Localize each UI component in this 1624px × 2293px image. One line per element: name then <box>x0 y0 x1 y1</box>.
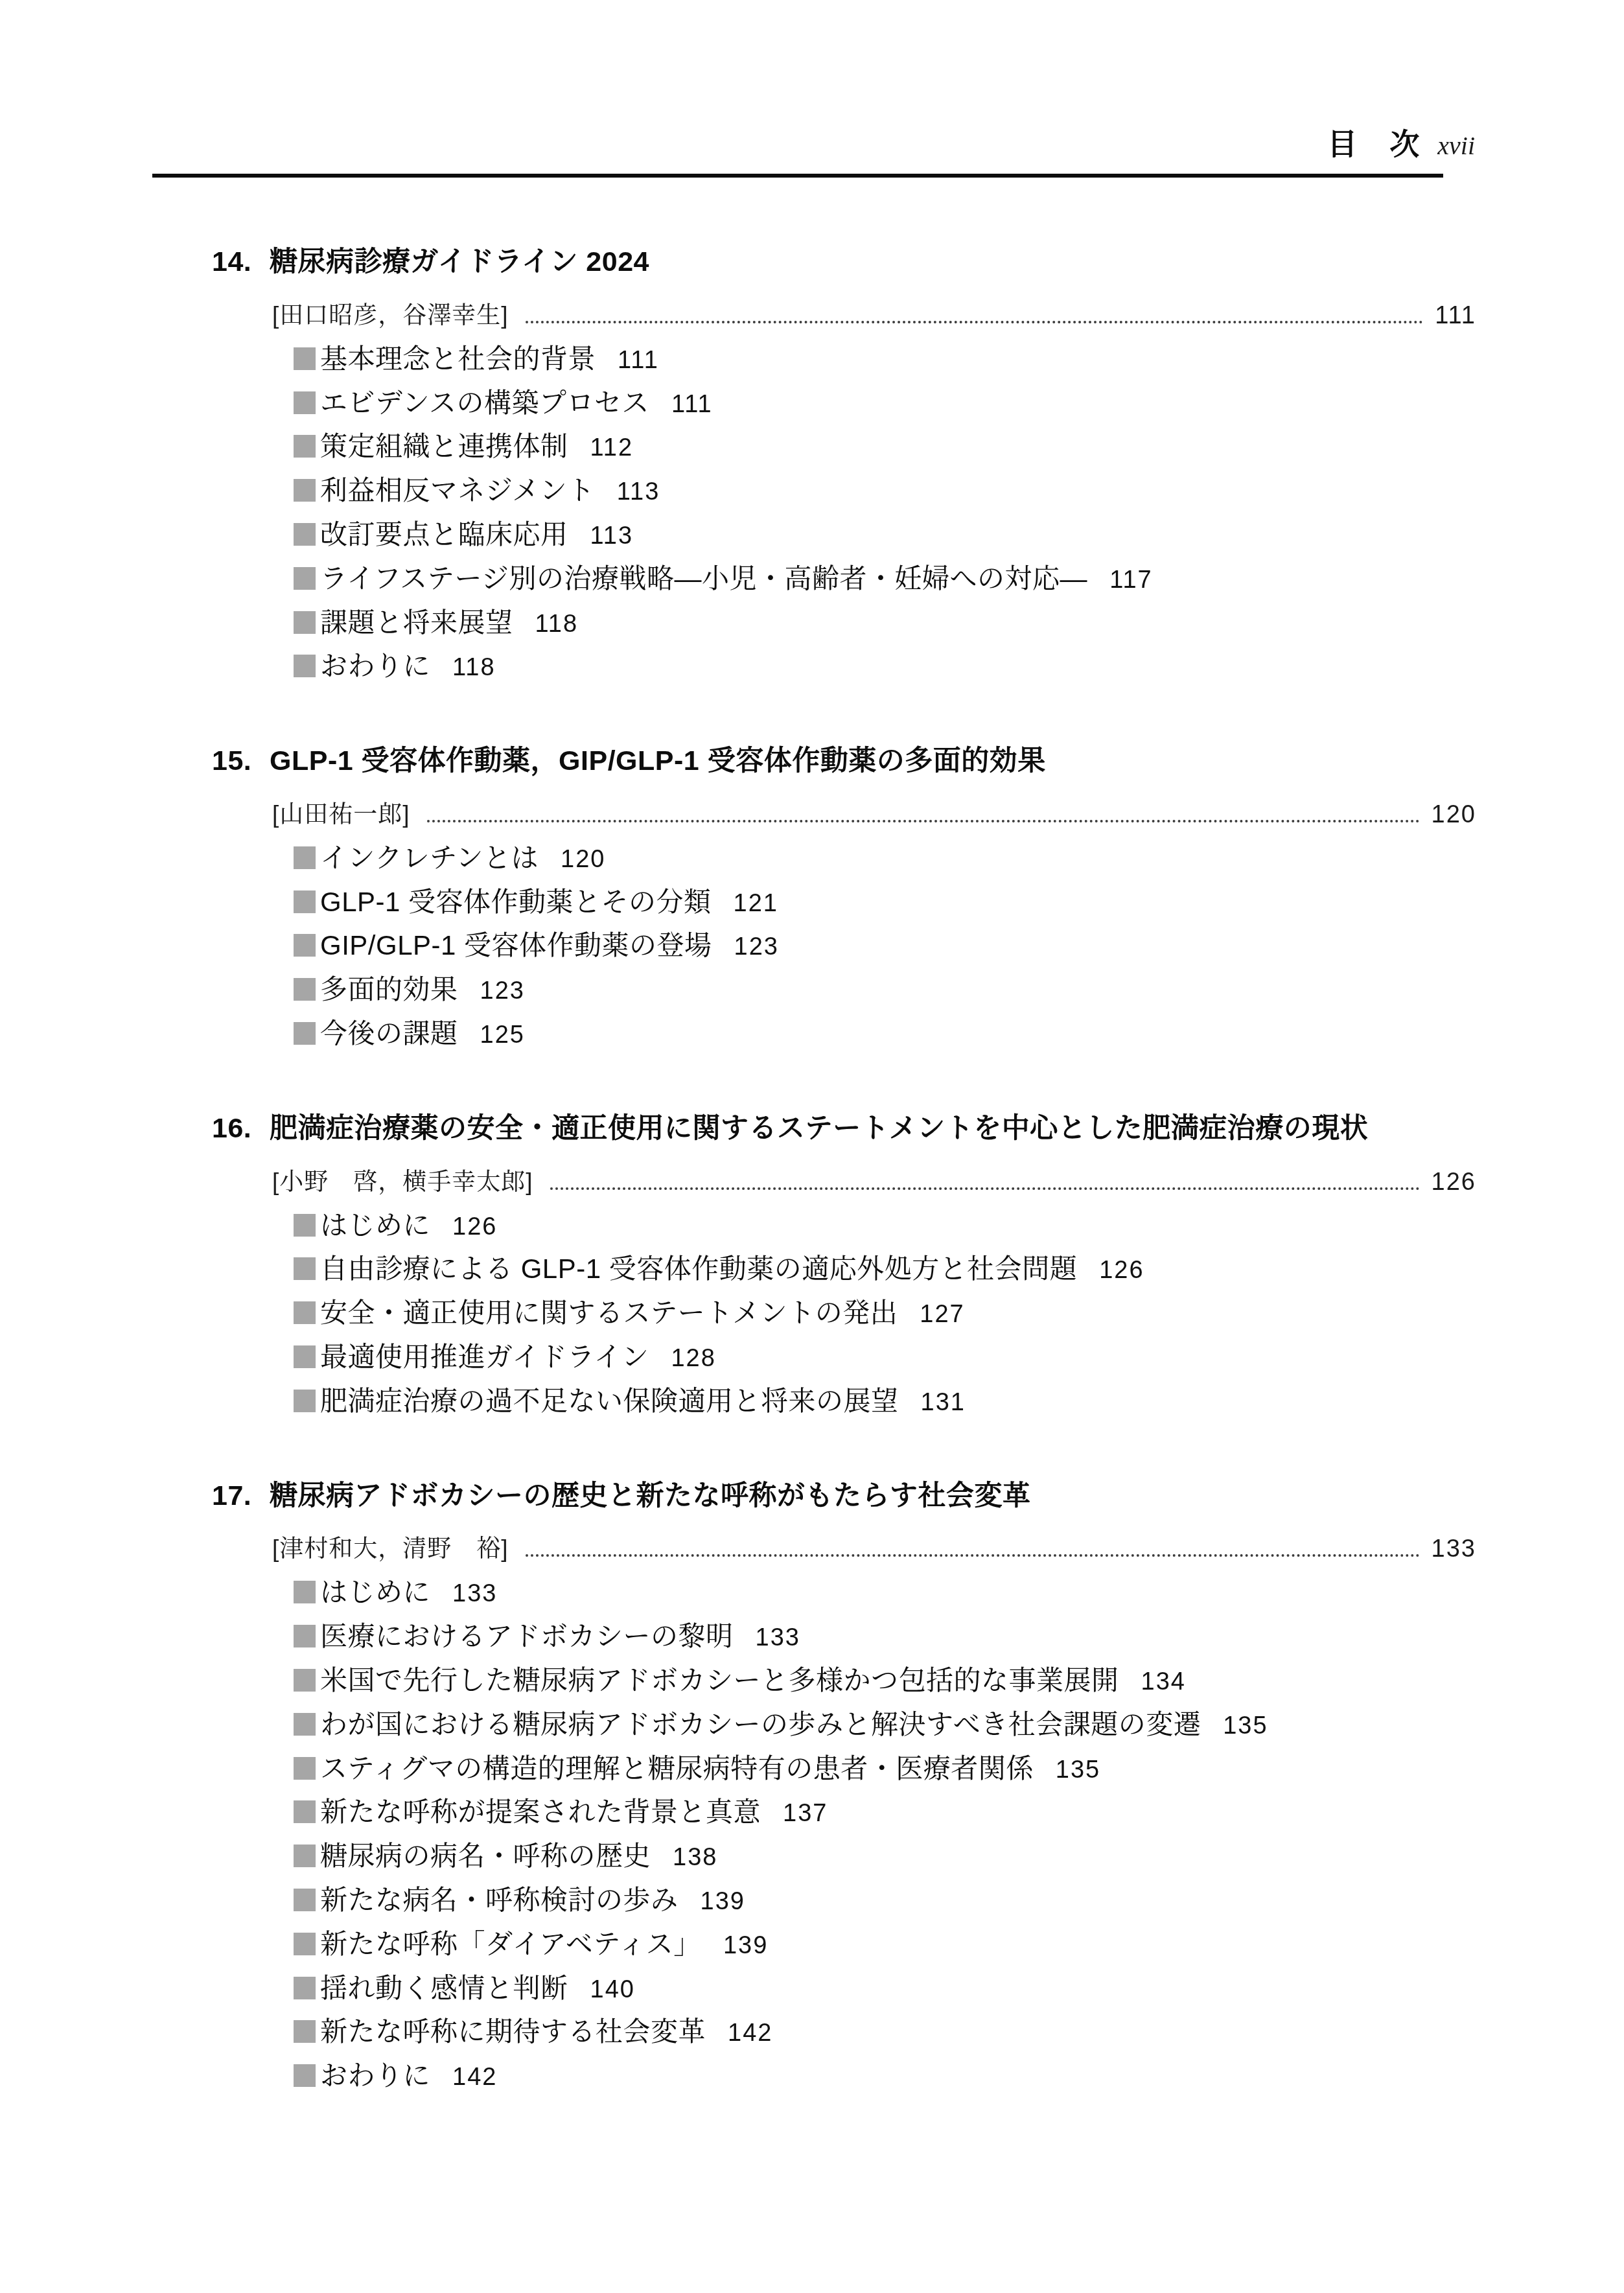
item-page-number: 134 <box>1141 1669 1186 1696</box>
item-label: 安全・適正使用に関するステートメントの発出 <box>320 1298 898 1328</box>
item-label: 利益相反マネジメント <box>320 476 595 506</box>
section-authors: [津村和大，清野 裕] <box>272 1529 509 1564</box>
square-bullet-icon <box>294 435 316 458</box>
author-row: [田口昭彦，谷澤幸生] 111 <box>152 296 1476 331</box>
square-bullet-icon <box>294 391 316 414</box>
section-authors: [小野 啓，横手幸太郎] <box>272 1162 533 1197</box>
item-page-number: 135 <box>1223 1713 1268 1740</box>
item-label: 新たな呼称「ダイアベティス」 <box>320 1929 701 1959</box>
toc-section: 15. GLP-1 受容体作動薬，GIP/GLP-1 受容体作動薬の多面的効果 … <box>152 744 1476 1049</box>
item-page-number: 118 <box>452 655 496 682</box>
section-authors: [山田祐一郎] <box>272 795 410 830</box>
item-page-number: 123 <box>480 978 525 1005</box>
item-label: はじめに <box>320 1211 430 1240</box>
item-label: 肥満症治療の過不足ない保険適用と将来の展望 <box>320 1386 899 1416</box>
toc-item: 医療におけるアドボカシーの黎明 133 <box>152 1622 1476 1652</box>
item-page-number: 112 <box>590 435 634 462</box>
square-bullet-icon <box>294 1301 316 1324</box>
running-head: 目 次 xvii <box>152 121 1476 163</box>
item-label: 策定組織と連携体制 <box>320 432 568 461</box>
item-label: 新たな呼称が提案された背景と真意 <box>320 1797 761 1827</box>
section-items: 基本理念と社会的背景 111 エビデンスの構築プロセス 111 策定組織と連携体… <box>152 344 1476 682</box>
section-page-number: 133 <box>1432 1535 1476 1563</box>
section-items: はじめに 126 自由診療による GLP-1 受容体作動薬の適応外処方と社会問題… <box>152 1211 1476 1417</box>
toc-item: 安全・適正使用に関するステートメントの発出 127 <box>152 1298 1476 1329</box>
author-row: [津村和大，清野 裕] 133 <box>152 1529 1476 1564</box>
square-bullet-icon <box>294 934 316 957</box>
item-page-number: 138 <box>673 1845 717 1872</box>
item-page-number: 111 <box>618 347 659 375</box>
item-label: 最適使用推進ガイドライン <box>320 1342 649 1372</box>
item-label: おわりに <box>320 2061 430 2091</box>
square-bullet-icon <box>294 846 316 869</box>
item-label: 多面的効果 <box>320 975 458 1005</box>
section-authors: [田口昭彦，谷澤幸生] <box>272 296 509 331</box>
item-label: インクレチンとは <box>320 843 539 873</box>
item-label: 揺れ動く感情と判断 <box>320 1973 568 2003</box>
square-bullet-icon <box>294 1800 316 1823</box>
item-page-number: 117 <box>1109 567 1153 594</box>
section-items: インクレチンとは 120 GLP-1 受容体作動薬とその分類 121 GIP/G… <box>152 843 1476 1049</box>
toc-heading: 目 次 <box>1327 121 1421 163</box>
item-page-number: 111 <box>671 391 713 419</box>
dot-leader <box>550 1187 1420 1190</box>
square-bullet-icon <box>294 890 316 913</box>
item-label: スティグマの構造的理解と糖尿病特有の患者・医療者関係 <box>320 1754 1034 1784</box>
item-label: 課題と将来展望 <box>320 608 513 638</box>
item-page-number: 135 <box>1056 1757 1100 1784</box>
toc-item: エビデンスの構築プロセス 111 <box>152 388 1476 419</box>
square-bullet-icon <box>294 1625 316 1647</box>
square-bullet-icon <box>294 1390 316 1412</box>
square-bullet-icon <box>294 1933 316 1955</box>
item-page-number: 128 <box>671 1345 715 1373</box>
section-number: 14. <box>212 245 270 280</box>
square-bullet-icon <box>294 347 316 370</box>
toc-item: 改訂要点と臨床応用 113 <box>152 520 1476 550</box>
square-bullet-icon <box>294 1581 316 1603</box>
item-label: わが国における糖尿病アドボカシーの歩みと解決すべき社会課題の変遷 <box>320 1710 1201 1740</box>
toc-item: 新たな呼称「ダイアベティス」 139 <box>152 1929 1476 1960</box>
square-bullet-icon <box>294 1757 316 1780</box>
item-page-number: 120 <box>561 846 605 874</box>
section-heading: 16. 肥満症治療薬の安全・適正使用に関するステートメントを中心とした肥満症治療… <box>152 1112 1476 1146</box>
square-bullet-icon <box>294 479 316 502</box>
section-number: 16. <box>212 1112 270 1146</box>
item-label: 今後の課題 <box>320 1019 458 1049</box>
item-page-number: 126 <box>1099 1257 1144 1285</box>
section-title: 糖尿病診療ガイドライン 2024 <box>270 245 1476 280</box>
toc-item: 肥満症治療の過不足ない保険適用と将来の展望 131 <box>152 1386 1476 1417</box>
toc-section: 17. 糖尿病アドボカシーの歴史と新たな呼称がもたらす社会変革 [津村和大，清野… <box>152 1479 1476 2091</box>
item-page-number: 127 <box>920 1301 964 1329</box>
item-page-number: 142 <box>728 2020 772 2047</box>
item-label: エビデンスの構築プロセス <box>320 388 649 418</box>
square-bullet-icon <box>294 1669 316 1692</box>
toc-item: 新たな病名・呼称検討の歩み 139 <box>152 1885 1476 1916</box>
item-label: 新たな病名・呼称検討の歩み <box>320 1885 679 1915</box>
item-page-number: 137 <box>783 1800 828 1828</box>
item-page-number: 118 <box>535 611 579 638</box>
item-label: 医療におけるアドボカシーの黎明 <box>320 1622 734 1651</box>
section-number: 15. <box>212 744 270 779</box>
toc-item: 基本理念と社会的背景 111 <box>152 344 1476 375</box>
square-bullet-icon <box>294 1845 316 1867</box>
square-bullet-icon <box>294 655 316 677</box>
item-page-number: 126 <box>452 1214 497 1241</box>
toc-item: インクレチンとは 120 <box>152 843 1476 874</box>
item-label: 新たな呼称に期待する社会変革 <box>320 2017 706 2047</box>
toc-item: 新たな呼称に期待する社会変革 142 <box>152 2017 1476 2047</box>
square-bullet-icon <box>294 978 316 1001</box>
item-label: ライフステージ別の治療戦略—小児・高齢者・妊婦への対応— <box>320 564 1087 594</box>
section-title: 肥満症治療薬の安全・適正使用に関するステートメントを中心とした肥満症治療の現状 <box>270 1112 1476 1146</box>
toc-item: 利益相反マネジメント 113 <box>152 476 1476 506</box>
toc-item: 揺れ動く感情と判断 140 <box>152 1973 1476 2004</box>
item-label: GLP-1 受容体作動薬とその分類 <box>320 887 712 917</box>
toc-item: 糖尿病の病名・呼称の歴史 138 <box>152 1841 1476 1872</box>
section-items: はじめに 133 医療におけるアドボカシーの黎明 133 米国で先行した糖尿病ア… <box>152 1577 1476 2091</box>
square-bullet-icon <box>294 1022 316 1045</box>
item-page-number: 113 <box>617 479 660 506</box>
section-number: 17. <box>212 1479 270 1514</box>
section-heading: 17. 糖尿病アドボカシーの歴史と新たな呼称がもたらす社会変革 <box>152 1479 1476 1514</box>
toc-item: スティグマの構造的理解と糖尿病特有の患者・医療者関係 135 <box>152 1754 1476 1784</box>
item-label: おわりに <box>320 651 430 681</box>
square-bullet-icon <box>294 611 316 634</box>
item-label: 米国で先行した糖尿病アドボカシーと多様かつ包括的な事業展開 <box>320 1666 1119 1695</box>
toc-item: 自由診療による GLP-1 受容体作動薬の適応外処方と社会問題 126 <box>152 1254 1476 1285</box>
section-page-number: 126 <box>1432 1169 1476 1196</box>
item-page-number: 113 <box>590 523 634 550</box>
toc-item: 最適使用推進ガイドライン 128 <box>152 1342 1476 1373</box>
toc-item: GLP-1 受容体作動薬とその分類 121 <box>152 887 1476 918</box>
square-bullet-icon <box>294 1214 316 1237</box>
square-bullet-icon <box>294 523 316 546</box>
item-label: GIP/GLP-1 受容体作動薬の登場 <box>320 931 712 960</box>
toc-item: 新たな呼称が提案された背景と真意 137 <box>152 1797 1476 1828</box>
item-page-number: 139 <box>723 1933 768 1960</box>
toc-item: 今後の課題 125 <box>152 1019 1476 1049</box>
item-label: 基本理念と社会的背景 <box>320 344 596 374</box>
section-page-number: 111 <box>1435 302 1476 330</box>
toc-item: ライフステージ別の治療戦略—小児・高齢者・妊婦への対応— 117 <box>152 564 1476 594</box>
toc-item: おわりに 118 <box>152 651 1476 682</box>
dot-leader <box>427 820 1420 822</box>
dot-leader <box>526 1554 1420 1557</box>
square-bullet-icon <box>294 1977 316 1999</box>
toc-sections: 14. 糖尿病診療ガイドライン 2024 [田口昭彦，谷澤幸生] 111 基本理… <box>152 245 1476 2091</box>
toc-section: 16. 肥満症治療薬の安全・適正使用に関するステートメントを中心とした肥満症治療… <box>152 1112 1476 1417</box>
header-rule <box>152 174 1443 178</box>
toc-item: わが国における糖尿病アドボカシーの歩みと解決すべき社会課題の変遷 135 <box>152 1710 1476 1740</box>
section-heading: 14. 糖尿病診療ガイドライン 2024 <box>152 245 1476 280</box>
section-title: GLP-1 受容体作動薬，GIP/GLP-1 受容体作動薬の多面的効果 <box>270 744 1476 779</box>
toc-item: GIP/GLP-1 受容体作動薬の登場 123 <box>152 931 1476 961</box>
page-folio: xvii <box>1437 130 1475 161</box>
square-bullet-icon <box>294 1257 316 1280</box>
item-label: 自由診療による GLP-1 受容体作動薬の適応外処方と社会問題 <box>320 1254 1077 1284</box>
toc-section: 14. 糖尿病診療ガイドライン 2024 [田口昭彦，谷澤幸生] 111 基本理… <box>152 245 1476 682</box>
toc-page: 目 次 xvii 14. 糖尿病診療ガイドライン 2024 [田口昭彦，谷澤幸生… <box>0 0 1624 2091</box>
square-bullet-icon <box>294 2020 316 2043</box>
section-heading: 15. GLP-1 受容体作動薬，GIP/GLP-1 受容体作動薬の多面的効果 <box>152 744 1476 779</box>
square-bullet-icon <box>294 1713 316 1736</box>
item-page-number: 125 <box>480 1022 525 1049</box>
item-page-number: 121 <box>734 890 778 918</box>
author-row: [小野 啓，横手幸太郎] 126 <box>152 1162 1476 1197</box>
item-page-number: 131 <box>921 1390 966 1417</box>
item-label: はじめに <box>320 1577 430 1607</box>
item-page-number: 133 <box>452 1581 497 1608</box>
toc-item: はじめに 133 <box>152 1577 1476 1608</box>
square-bullet-icon <box>294 1889 316 1911</box>
toc-item: おわりに 142 <box>152 2061 1476 2091</box>
item-page-number: 139 <box>701 1889 745 1916</box>
item-page-number: 123 <box>734 934 779 961</box>
section-page-number: 120 <box>1432 801 1476 829</box>
item-page-number: 140 <box>590 1977 635 2004</box>
square-bullet-icon <box>294 2064 316 2087</box>
toc-item: 米国で先行した糖尿病アドボカシーと多様かつ包括的な事業展開 134 <box>152 1666 1476 1696</box>
item-page-number: 133 <box>756 1625 800 1652</box>
author-row: [山田祐一郎] 120 <box>152 795 1476 830</box>
toc-item: 課題と将来展望 118 <box>152 608 1476 638</box>
section-title: 糖尿病アドボカシーの歴史と新たな呼称がもたらす社会変革 <box>270 1479 1476 1514</box>
item-label: 改訂要点と臨床応用 <box>320 520 568 550</box>
toc-item: 多面的効果 123 <box>152 975 1476 1005</box>
item-label: 糖尿病の病名・呼称の歴史 <box>320 1841 651 1871</box>
toc-item: 策定組織と連携体制 112 <box>152 432 1476 462</box>
dot-leader <box>526 321 1424 323</box>
square-bullet-icon <box>294 567 316 590</box>
square-bullet-icon <box>294 1345 316 1368</box>
item-page-number: 142 <box>452 2064 497 2091</box>
toc-item: はじめに 126 <box>152 1211 1476 1241</box>
